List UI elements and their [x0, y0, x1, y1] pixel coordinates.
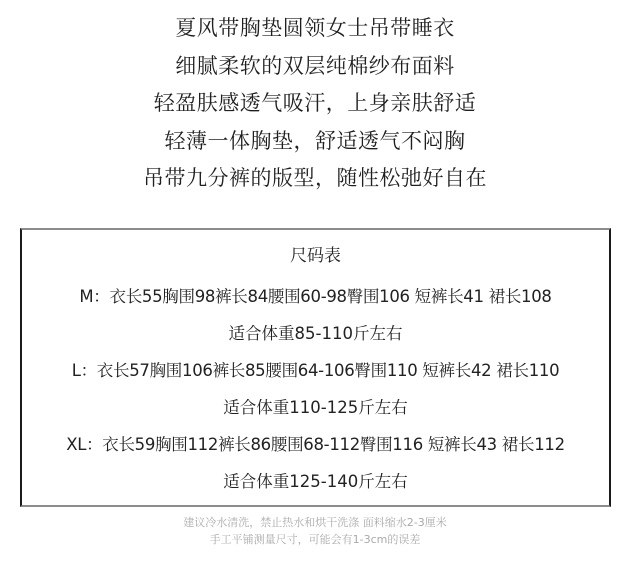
note-line: 手工平铺测量尺寸，可能会有1-3cm的误差 [0, 531, 630, 548]
care-notes: 建议冷水清洗，禁止热水和烘干洗涤 面料缩水2-3厘米 手工平铺测量尺寸，可能会有… [0, 514, 630, 548]
product-intro: 夏风带胸垫圆领女士吊带睡衣 细腻柔软的双层纯棉纱布面料 轻盈肤感透气吸汗，上身亲… [0, 10, 630, 198]
intro-line: 细腻柔软的双层纯棉纱布面料 [0, 48, 630, 86]
note-line: 建议冷水清洗，禁止热水和烘干洗涤 面料缩水2-3厘米 [0, 514, 630, 531]
intro-line: 吊带九分裤的版型，随性松弛好自在 [0, 160, 630, 198]
intro-line: 轻薄一体胸垫，舒适透气不闷胸 [0, 123, 630, 161]
size-row-m: M：衣长55胸围98裤长84腰围60-98臀围106 短裤长41 裙长108 [22, 283, 609, 307]
size-row-xl: XL：衣长59胸围112裤长86腰围68-112臀围116 短裤长43 裙长11… [22, 431, 609, 455]
weight-row-xl: 适合体重125-140斤左右 [22, 468, 609, 492]
size-row-l: L：衣长57胸围106裤长85腰围64-106臀围110 短裤长42 裙长110 [22, 357, 609, 381]
intro-line: 夏风带胸垫圆领女士吊带睡衣 [0, 10, 630, 48]
intro-line: 轻盈肤感透气吸汗，上身亲肤舒适 [0, 85, 630, 123]
size-chart-box: 尺码表 M：衣长55胸围98裤长84腰围60-98臀围106 短裤长41 裙长1… [20, 228, 611, 507]
weight-row-m: 适合体重85-110斤左右 [22, 320, 609, 344]
size-chart-title: 尺码表 [22, 241, 609, 266]
weight-row-l: 适合体重110-125斤左右 [22, 394, 609, 418]
